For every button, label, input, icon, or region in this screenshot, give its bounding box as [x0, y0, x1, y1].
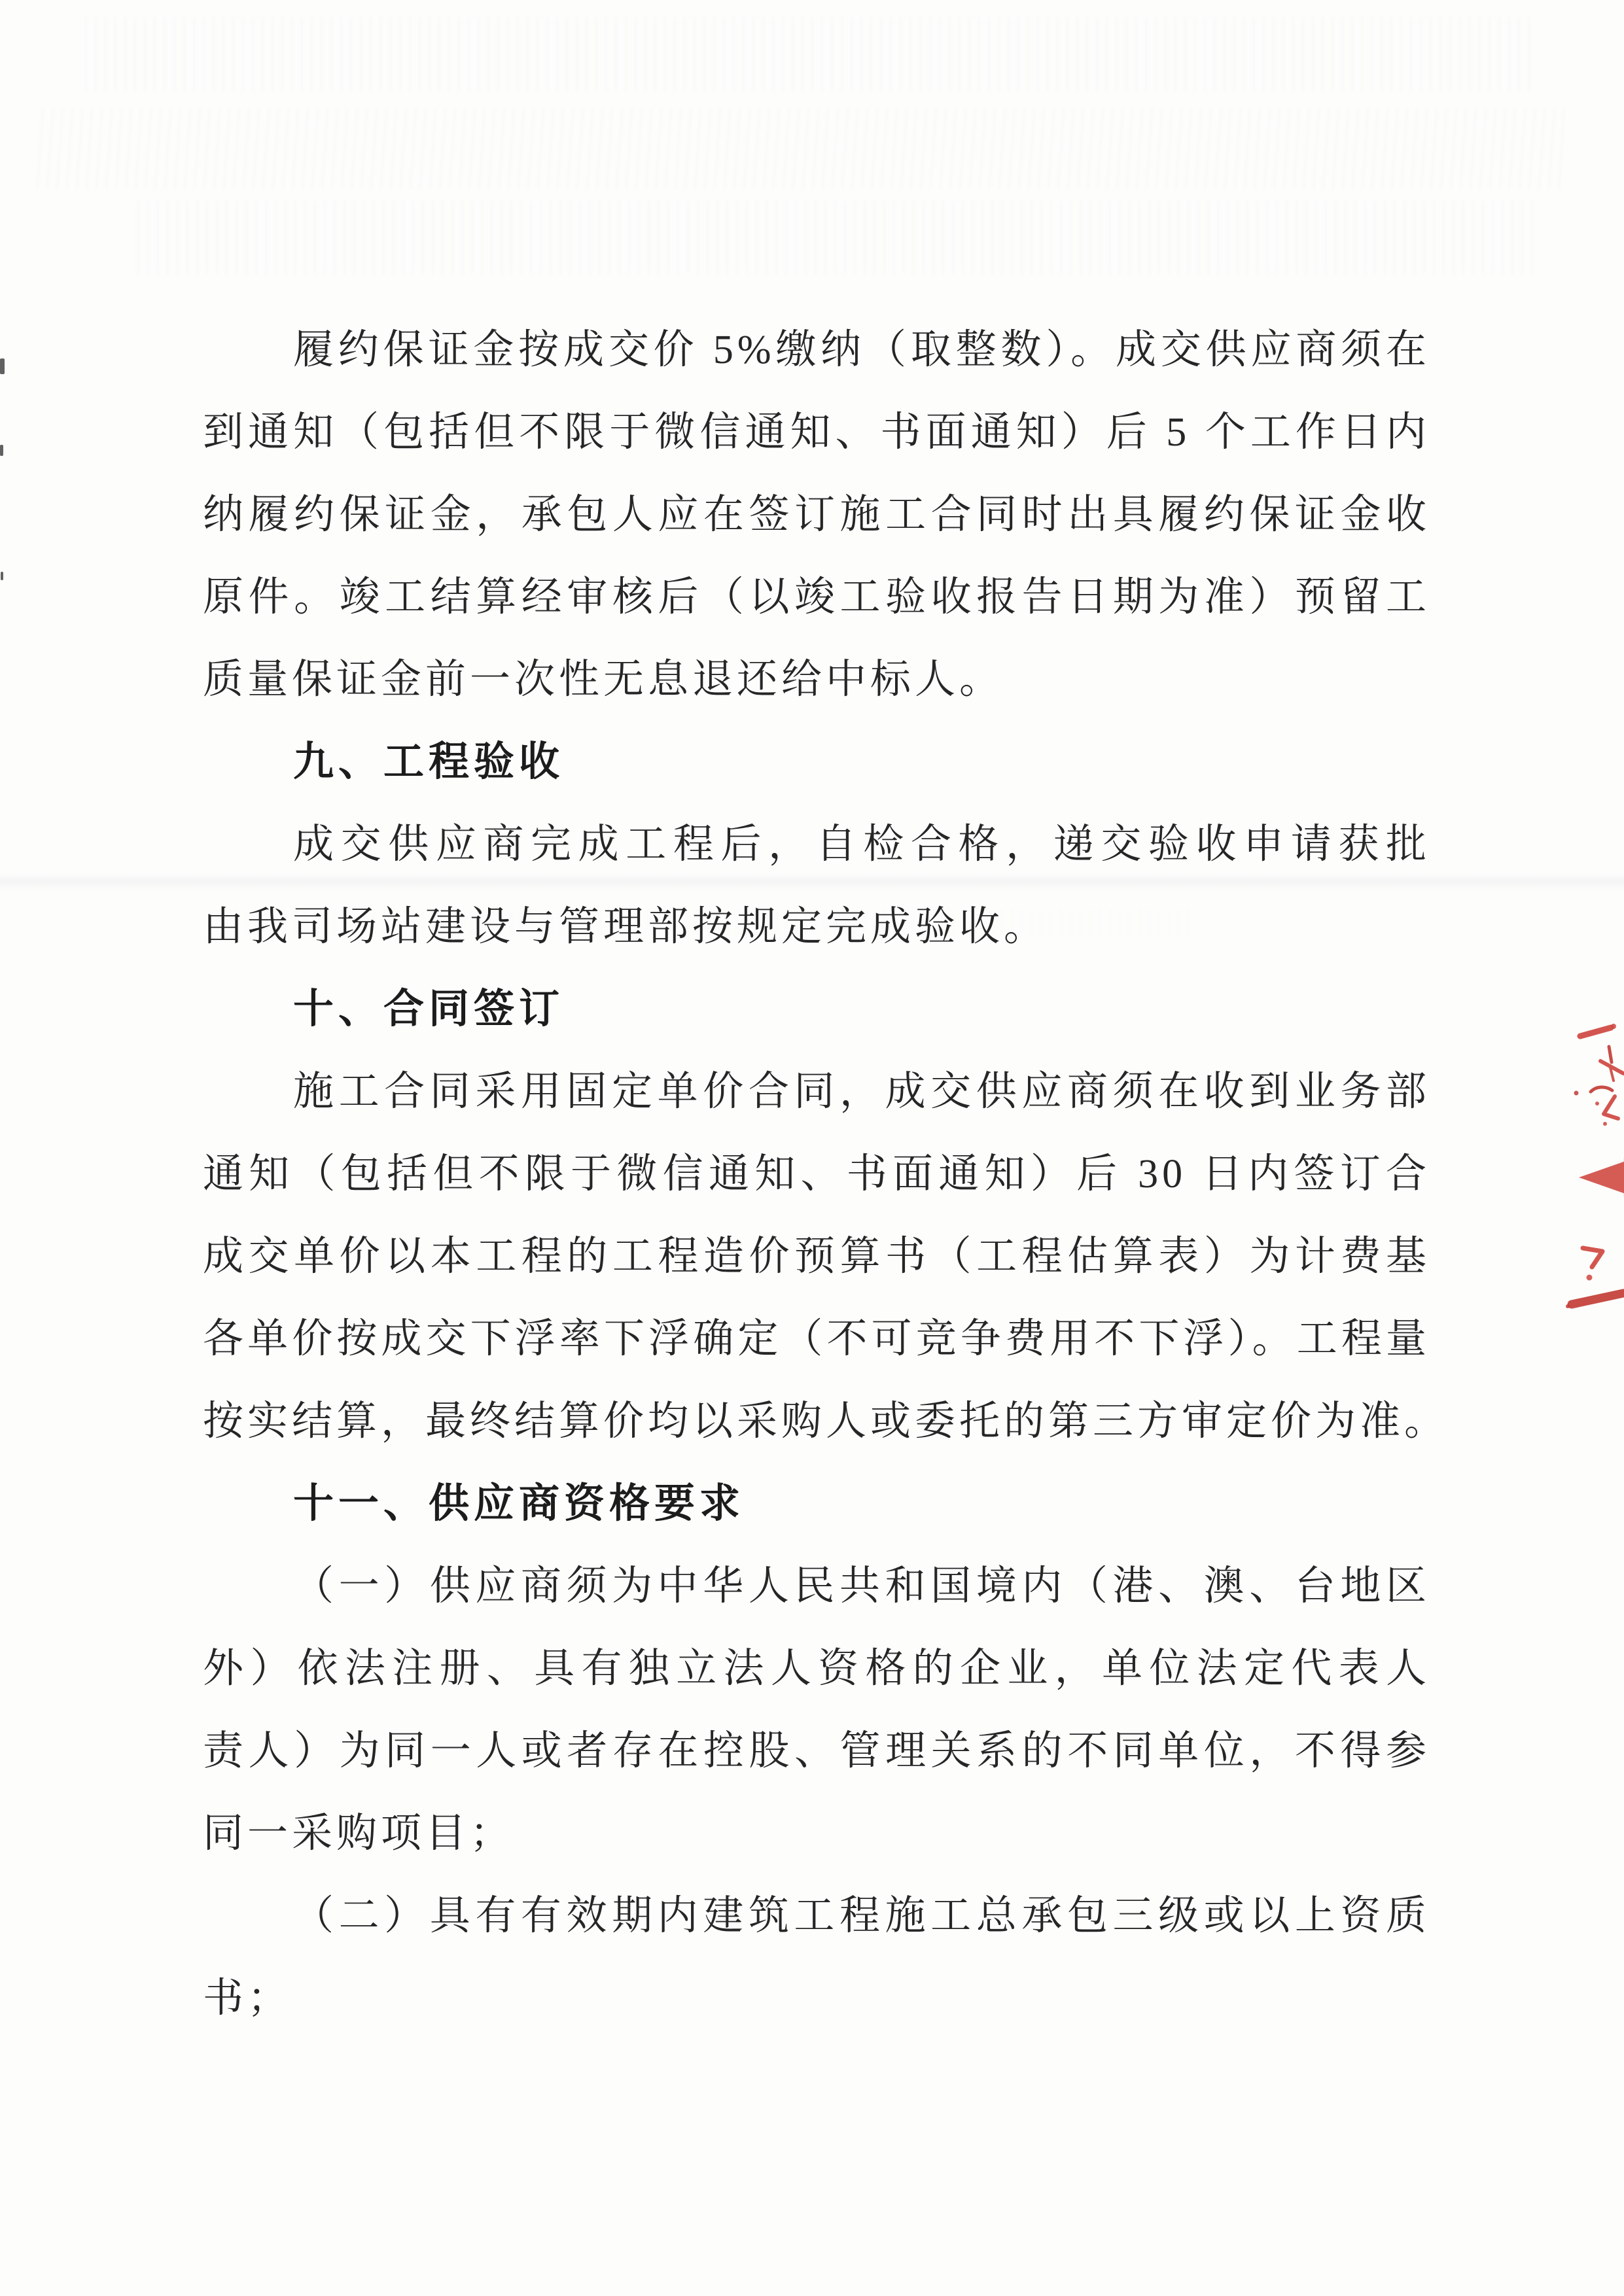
para-contract-line-3: 成交单价以本工程的工程造价预算书（工程估算表）为计费基数，	[203, 1215, 1430, 1298]
scan-speck	[0, 358, 5, 374]
bleedthrough-artifact	[37, 108, 1567, 190]
para-contract-line-5: 按实结算，最终结算价均以采购人或委托的第三方审定价为准。	[203, 1380, 1430, 1463]
bleedthrough-artifact	[85, 16, 1538, 92]
section-heading-10: 十、合同签订	[203, 968, 1430, 1051]
para-deposit-line-5: 质量保证金前一次性无息退还给中标人。	[203, 638, 1430, 721]
para-deposit-line-3: 纳履约保证金，承包人应在签订施工合同时出具履约保证金收据	[203, 474, 1430, 556]
official-seal-fragment	[1519, 1007, 1624, 1321]
para-contract-line-1: 施工合同采用固定单价合同，成交供应商须在收到业务部门	[203, 1051, 1430, 1133]
bleedthrough-artifact	[137, 200, 1538, 275]
para-qual1-line-4: 同一采购项目；	[203, 1792, 1430, 1875]
para-acceptance-line-2: 由我司场站建设与管理部按规定完成验收。	[203, 886, 1430, 968]
para-deposit-line-1: 履约保证金按成交价 5%缴纳（取整数）。成交供应商须在收	[203, 309, 1430, 391]
para-qual1-line-3: 责人）为同一人或者存在控股、管理关系的不同单位，不得参加	[203, 1710, 1430, 1792]
section-heading-11: 十一、供应商资格要求	[203, 1463, 1430, 1545]
para-contract-line-4: 各单价按成交下浮率下浮确定（不可竞争费用不下浮）。工程量	[203, 1298, 1430, 1380]
para-contract-line-2: 通知（包括但不限于微信通知、书面通知）后 30 日内签订合同。	[203, 1133, 1430, 1215]
scanned-document-page: 履约保证金按成交价 5%缴纳（取整数）。成交供应商须在收到通知（包括但不限于微信…	[0, 0, 1624, 2296]
para-deposit-line-4: 原件。竣工结算经审核后（以竣工验收报告日期为准）预留工程	[203, 556, 1430, 638]
para-qual2-line-2: 书；	[203, 1957, 1430, 2040]
seal-star-shape	[1579, 1114, 1624, 1241]
scan-speck	[1, 572, 3, 580]
text-block: 履约保证金按成交价 5%缴纳（取整数）。成交供应商须在收到通知（包括但不限于微信…	[203, 309, 1430, 2040]
para-qual2-line-1: （二）具有有效期内建筑工程施工总承包三级或以上资质证	[203, 1875, 1430, 1957]
para-deposit-line-2: 到通知（包括但不限于微信通知、书面通知）后 5 个工作日内缴	[203, 391, 1430, 474]
para-acceptance-line-1: 成交供应商完成工程后，自检合格，递交验收申请获批后，	[203, 803, 1430, 886]
para-qual1-line-2: 外）依法注册、具有独立法人资格的企业，单位法定代表人（负	[203, 1627, 1430, 1710]
scan-speck	[0, 445, 3, 456]
seal-star-icon	[1519, 1007, 1624, 1321]
para-qual1-line-1: （一）供应商须为中华人民共和国境内（港、澳、台地区除	[203, 1545, 1430, 1627]
section-heading-9: 九、工程验收	[203, 721, 1430, 803]
